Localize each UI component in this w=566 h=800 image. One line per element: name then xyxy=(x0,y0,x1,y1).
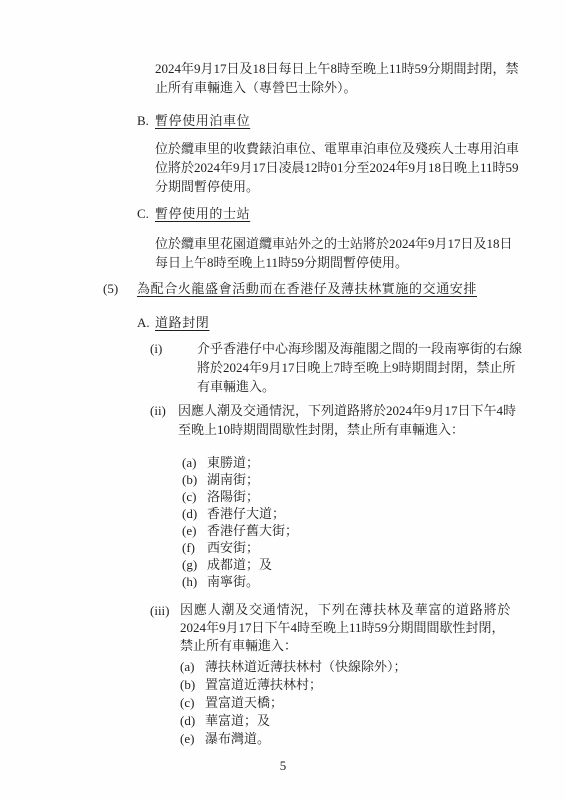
item-5-marker: (5) xyxy=(103,279,137,298)
list-item: (f)西安街； xyxy=(182,539,298,556)
list-item: (c)洛陽街； xyxy=(182,488,298,505)
section-a-heading: A.道路封閉 xyxy=(137,313,209,332)
text-line: 有車輛進入。 xyxy=(197,377,522,396)
text-line: 位於纜車里的收費錶泊車位、電單車泊車位及殘疾人士專用泊車 xyxy=(155,139,519,158)
list-item: (d)華富道；及 xyxy=(180,712,407,730)
section-c-marker: C. xyxy=(137,204,155,223)
text-line: 因應人潮及交通情況，下列在薄扶林及華富的道路將於 xyxy=(180,601,511,619)
list-item-marker: (c) xyxy=(180,694,205,712)
text-line: 介乎香港仔中心海珍閣及海龍閣之間的一段南寧街的右線 xyxy=(197,339,522,358)
text-line: 將於2024年9月17日晚上7時至晚上9時期間封閉，禁止所 xyxy=(197,358,522,377)
page-number: 5 xyxy=(0,758,566,774)
section-b-title: 暫停使用泊車位 xyxy=(155,111,250,130)
road-name: 香港仔大道； xyxy=(207,506,285,521)
list-item-marker: (e) xyxy=(180,730,205,748)
road-name: 置富道天橋； xyxy=(205,695,283,710)
road-list-pokfulam: (a)薄扶林道近薄扶林村（快線除外）； (b)置富道近薄扶林村； (c)置富道天… xyxy=(180,658,407,748)
text-line: 2024年9月17日下午4時至晚上11時59分期間間歇性封閉， xyxy=(180,619,511,637)
text-line: 因應人潮及交通情況，下列道路將於2024年9月17日下午4時 xyxy=(178,401,516,420)
text-line: 2024年9月17日及18日每日上午8時至晚上11時59分期間封閉，禁 xyxy=(155,59,519,78)
road-name: 南寧街。 xyxy=(207,574,259,589)
road-name: 薄扶林道近薄扶林村（快線除外）； xyxy=(205,659,407,674)
list-item: (g)成都道；及 xyxy=(182,556,298,573)
road-name: 東勝道； xyxy=(207,455,259,470)
section-b-body: 位於纜車里的收費錶泊車位、電單車泊車位及殘疾人士專用泊車 位將於2024年9月1… xyxy=(155,139,519,196)
list-item: (b)置富道近薄扶林村； xyxy=(180,676,407,694)
list-item-marker: (d) xyxy=(182,505,207,522)
road-name: 瀑布灣道。 xyxy=(205,731,270,746)
sub-item-iii-marker: (iii) xyxy=(150,601,170,620)
list-item: (a)薄扶林道近薄扶林村（快線除外）； xyxy=(180,658,407,676)
document-page: 2024年9月17日及18日每日上午8時至晚上11時59分期間封閉，禁 止所有車… xyxy=(0,0,566,800)
text-line: 禁止所有車輛進入： xyxy=(180,637,511,655)
sub-item-ii: (ii) 因應人潮及交通情況，下列道路將於2024年9月17日下午4時 至晚上1… xyxy=(150,401,516,439)
list-item-marker: (b) xyxy=(180,676,205,694)
text-line: 至晚上10時期間間歇性封閉，禁止所有車輛進入： xyxy=(178,420,516,439)
list-item-marker: (c) xyxy=(182,488,207,505)
item-5-heading: (5)為配合火龍盛會活動而在香港仔及薄扶林實施的交通安排 xyxy=(103,279,477,298)
section-a-title: 道路封閉 xyxy=(155,313,209,332)
text-line: 分期間暫停使用。 xyxy=(155,177,519,196)
list-item: (d)香港仔大道； xyxy=(182,505,298,522)
section-b-marker: B. xyxy=(137,111,155,130)
list-item: (c)置富道天橋； xyxy=(180,694,407,712)
text-line: 位將於2024年9月17日凌晨12時01分至2024年9月18日晚上11時59 xyxy=(155,158,519,177)
list-item-marker: (f) xyxy=(182,539,207,556)
paragraph-continuation: 2024年9月17日及18日每日上午8時至晚上11時59分期間封閉，禁 止所有車… xyxy=(155,59,519,97)
list-item-marker: (e) xyxy=(182,522,207,539)
list-item: (e)瀑布灣道。 xyxy=(180,730,407,748)
road-name: 成都道；及 xyxy=(207,557,272,572)
list-item: (h)南寧街。 xyxy=(182,573,298,590)
sub-item-i-marker: (i) xyxy=(150,339,162,358)
section-c-heading: C.暫停使用的士站 xyxy=(137,204,250,223)
list-item: (e)香港仔舊大街； xyxy=(182,522,298,539)
road-name: 置富道近薄扶林村； xyxy=(205,677,322,692)
road-name: 湖南街； xyxy=(207,472,259,487)
list-item-marker: (b) xyxy=(182,471,207,488)
list-item-marker: (a) xyxy=(180,658,205,676)
section-c-title: 暫停使用的士站 xyxy=(155,204,250,223)
list-item-marker: (g) xyxy=(182,556,207,573)
list-item-marker: (a) xyxy=(182,454,207,471)
road-name: 西安街； xyxy=(207,540,259,555)
section-b-heading: B.暫停使用泊車位 xyxy=(137,111,250,130)
road-list-aberdeen: (a)東勝道； (b)湖南街； (c)洛陽街； (d)香港仔大道； (e)香港仔… xyxy=(182,454,298,590)
text-line: 每日上午8時至晚上11時59分期間暫停使用。 xyxy=(155,253,513,272)
list-item: (b)湖南街； xyxy=(182,471,298,488)
text-line: 止所有車輛進入（專營巴士除外）。 xyxy=(155,78,519,97)
road-name: 香港仔舊大街； xyxy=(207,523,298,538)
sub-item-iii: (iii) 因應人潮及交通情況，下列在薄扶林及華富的道路將於 2024年9月17… xyxy=(150,601,511,655)
sub-item-ii-marker: (ii) xyxy=(150,401,166,420)
section-c-body: 位於纜車里花園道纜車站外之的士站將於2024年9月17日及18日 每日上午8時至… xyxy=(155,234,513,272)
road-name: 華富道；及 xyxy=(205,713,270,728)
list-item-marker: (h) xyxy=(182,573,207,590)
sub-item-i: (i) 介乎香港仔中心海珍閣及海龍閣之間的一段南寧街的右線 將於2024年9月1… xyxy=(150,339,522,396)
item-5-title: 為配合火龍盛會活動而在香港仔及薄扶林實施的交通安排 xyxy=(137,279,477,298)
list-item-marker: (d) xyxy=(180,712,205,730)
section-a-marker: A. xyxy=(137,313,155,332)
list-item: (a)東勝道； xyxy=(182,454,298,471)
text-line: 位於纜車里花園道纜車站外之的士站將於2024年9月17日及18日 xyxy=(155,234,513,253)
road-name: 洛陽街； xyxy=(207,489,259,504)
